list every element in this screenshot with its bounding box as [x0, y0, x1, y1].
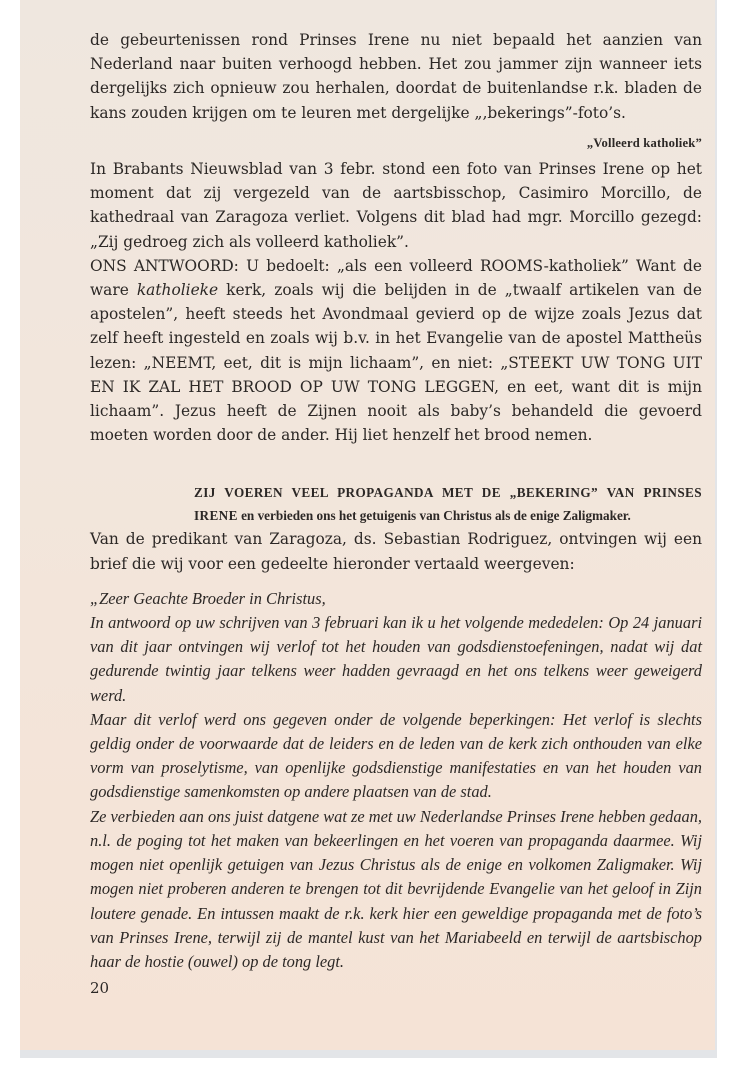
answer-paragraph: ONS ANTWOORD: U bedoelt: „als een vollee… [90, 254, 702, 448]
document-page: de gebeurtenissen rond Prinses Irene nu … [20, 0, 717, 1058]
letter-paragraph: Maar dit verlof werd ons gegeven onder d… [90, 708, 702, 805]
section1-paragraph: In Brabants Nieuwsblad van 3 febr. stond… [90, 157, 702, 254]
letter-salutation: „Zeer Geachte Broeder in Christus, [90, 587, 702, 611]
page-number: 20 [90, 976, 702, 1000]
section-spacer [90, 447, 702, 475]
section2-heading-rest: en verbieden ons het getuigenis van Chri… [238, 508, 631, 523]
intro-paragraph: de gebeurtenissen rond Prinses Irene nu … [90, 28, 702, 125]
page-body: de gebeurtenissen rond Prinses Irene nu … [90, 28, 702, 1000]
section2-heading: ZIJ VOEREN VEEL PROPAGANDA MET DE „BEKER… [194, 481, 702, 527]
letter-paragraph: Ze verbieden aan ons juist datgene wat z… [90, 805, 702, 974]
section-heading-volleerd-katholiek: „Volleerd katholiek” [90, 131, 702, 155]
section2-intro: Van de predikant van Zaragoza, ds. Sebas… [90, 527, 702, 575]
answer-part2: kerk, zoals wij die belijden in de „twaa… [90, 281, 702, 444]
answer-emphasis: katholieke [137, 281, 218, 299]
letter-paragraph: In antwoord op uw schrijven van 3 februa… [90, 611, 702, 708]
